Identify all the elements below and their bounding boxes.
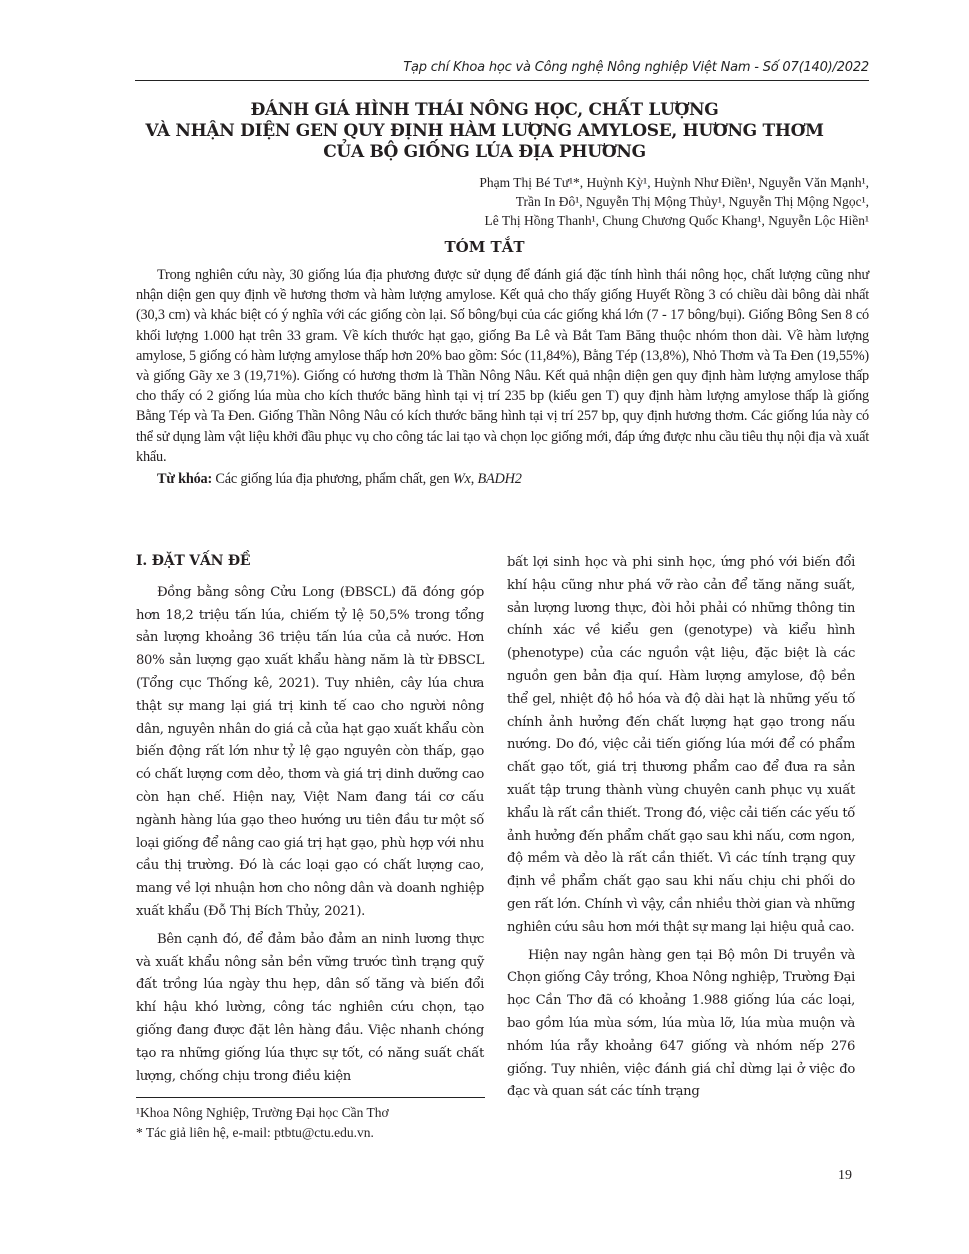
title-line: ĐÁNH GIÁ HÌNH THÁI NÔNG HỌC, CHẤT LƯỢNG	[100, 100, 869, 121]
author-line: Lê Thị Hồng Thanh¹, Chung Chương Quốc Kh…	[479, 211, 869, 230]
title-line: VÀ NHẬN DIỆN GEN QUY ĐỊNH HÀM LƯỢNG AMYL…	[100, 121, 869, 142]
title-line: CỦA BỘ GIỐNG LÚA ĐỊA PHƯƠNG	[100, 142, 869, 163]
footnotes: ¹Khoa Nông Nghiệp, Trường Đại học Cần Th…	[136, 1103, 389, 1143]
author-list: Phạm Thị Bé Tư¹*, Huỳnh Kỳ¹, Huỳnh Như Đ…	[479, 173, 869, 230]
footnote-affiliation: ¹Khoa Nông Nghiệp, Trường Đại học Cần Th…	[136, 1103, 389, 1123]
section-heading: I. ĐẶT VẤN ĐỀ	[136, 550, 484, 573]
author-line: Trần In Đô¹, Nguyễn Thị Mộng Thủy¹, Nguy…	[479, 192, 869, 211]
abstract-heading: TÓM TẮT	[100, 238, 869, 256]
body-paragraph: bất lợi sinh học và phi sinh học, ứng ph…	[507, 552, 855, 940]
article-title: ĐÁNH GIÁ HÌNH THÁI NÔNG HỌC, CHẤT LƯỢNG …	[100, 100, 869, 163]
keywords-label: Từ khóa:	[157, 471, 212, 487]
abstract: Trong nghiên cứu này, 30 giống lúa địa p…	[136, 265, 869, 489]
body-paragraph: Bên cạnh đó, để đảm bảo đảm an ninh lươn…	[136, 929, 484, 1089]
author-line: Phạm Thị Bé Tư¹*, Huỳnh Kỳ¹, Huỳnh Như Đ…	[479, 173, 869, 192]
keyword-gene-wx: Wx	[453, 471, 471, 487]
keywords: Từ khóa: Các giống lúa địa phương, phẩm …	[136, 469, 869, 489]
body-column-left: I. ĐẶT VẤN ĐỀ Đồng bằng sông Cửu Long (Đ…	[136, 550, 484, 1088]
body-column-right: bất lợi sinh học và phi sinh học, ứng ph…	[507, 552, 855, 1104]
body-paragraph: Đồng bằng sông Cửu Long (ĐBSCL) đã đóng …	[136, 582, 484, 924]
abstract-text: Trong nghiên cứu này, 30 giống lúa địa p…	[136, 265, 869, 467]
keyword-gene-badh2: BADH2	[477, 471, 521, 487]
keywords-text: Các giống lúa địa phương, phẩm chất, gen	[212, 471, 453, 487]
footnote-contact: * Tác giả liên hệ, e-mail: ptbtu@ctu.edu…	[136, 1123, 389, 1143]
journal-running-head: Tạp chí Khoa học và Công nghệ Nông nghiệ…	[135, 60, 869, 81]
page-number: 19	[838, 1168, 852, 1184]
footnote-divider	[136, 1097, 485, 1098]
body-paragraph: Hiện nay ngân hàng gen tại Bộ môn Di tru…	[507, 945, 855, 1105]
